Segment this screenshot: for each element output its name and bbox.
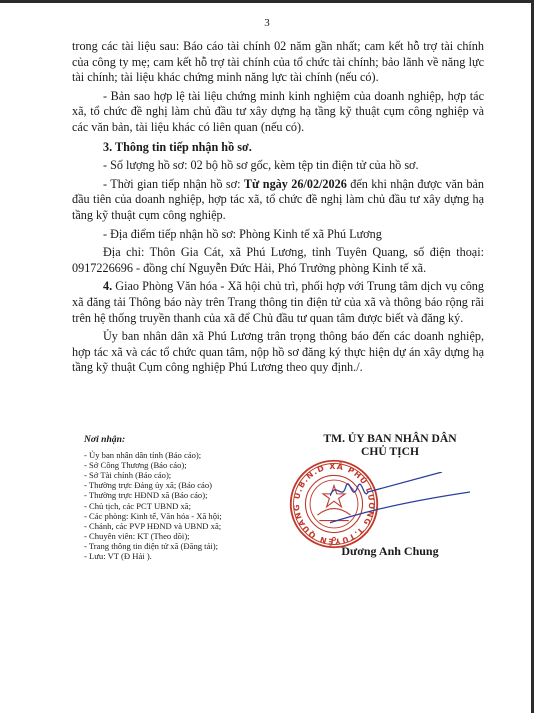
paragraph-receive-location: - Địa điểm tiếp nhận hồ sơ: Phòng Kinh t…: [72, 227, 484, 243]
paragraph-experience-docs: - Bản sao hợp lệ tài liệu chứng minh kin…: [72, 89, 484, 136]
page-frame-top: [0, 0, 534, 3]
recipients-block: Nơi nhận: - Ủy ban nhân dân tỉnh (Báo cá…: [84, 435, 284, 561]
recipient-item: - Các phòng: Kinh tế, Văn hóa - Xã hội;: [84, 511, 284, 521]
recipient-item: - Chủ tịch, các PCT UBND xã;: [84, 501, 284, 511]
section-heading-3: 3. Thông tin tiếp nhận hồ sơ.: [72, 140, 484, 156]
recipient-item: - Thường trực HĐND xã (Báo cáo);: [84, 490, 284, 500]
paragraph-financial-docs: trong các tài liệu sau: Báo cáo tài chín…: [72, 39, 484, 86]
receive-start-date: Từ ngày 26/02/2026: [244, 177, 347, 191]
item-4-number: 4.: [103, 279, 112, 293]
signature-role: CHỦ TỊCH: [300, 445, 480, 458]
paragraph-address: Địa chỉ: Thôn Gia Cát, xã Phú Lương, tỉn…: [72, 245, 484, 276]
paragraph-receive-time: - Thời gian tiếp nhận hồ sơ: Từ ngày 26/…: [72, 177, 484, 224]
recipient-item: - Lưu: VT (Đ Hải ).: [84, 551, 284, 561]
recipient-item: - Thường trực Đảng ủy xã; (Báo cáo): [84, 480, 284, 490]
signature-block: TM. ỦY BAN NHÂN DÂN CHỦ TỊCH Dương Anh C…: [300, 432, 480, 458]
document-body: trong các tài liệu sau: Báo cáo tài chín…: [72, 39, 484, 379]
recipient-item: - Trang thông tin điện tử xã (Đăng tải);: [84, 541, 284, 551]
recipient-item: - Ủy ban nhân dân tỉnh (Báo cáo);: [84, 450, 284, 460]
item-4-text: Giao Phòng Văn hóa - Xã hội chủ trì, phố…: [72, 279, 484, 324]
signer-name: Dương Anh Chung: [300, 544, 480, 559]
recipients-list: - Ủy ban nhân dân tỉnh (Báo cáo);- Sở Cô…: [84, 450, 284, 561]
receive-time-prefix: - Thời gian tiếp nhận hồ sơ:: [103, 177, 244, 191]
paragraph-item-4: 4. Giao Phòng Văn hóa - Xã hội chủ trì, …: [72, 279, 484, 326]
recipients-title: Nơi nhận:: [84, 435, 284, 445]
signature-org: TM. ỦY BAN NHÂN DÂN: [300, 432, 480, 445]
paragraph-closing: Ủy ban nhân dân xã Phú Lương trân trọng …: [72, 329, 484, 376]
recipient-item: - Sở Tài chính (Báo cáo);: [84, 470, 284, 480]
signature-icon: [330, 472, 470, 532]
recipient-item: - Sở Công Thương (Báo cáo);: [84, 460, 284, 470]
page-number: 3: [0, 17, 534, 29]
recipient-item: - Chánh, các PVP HĐND và UBND xã;: [84, 521, 284, 531]
paragraph-quantity: - Số lượng hồ sơ: 02 bộ hồ sơ gốc, kèm t…: [72, 158, 484, 174]
recipient-item: - Chuyên viên: KT (Theo dõi);: [84, 531, 284, 541]
